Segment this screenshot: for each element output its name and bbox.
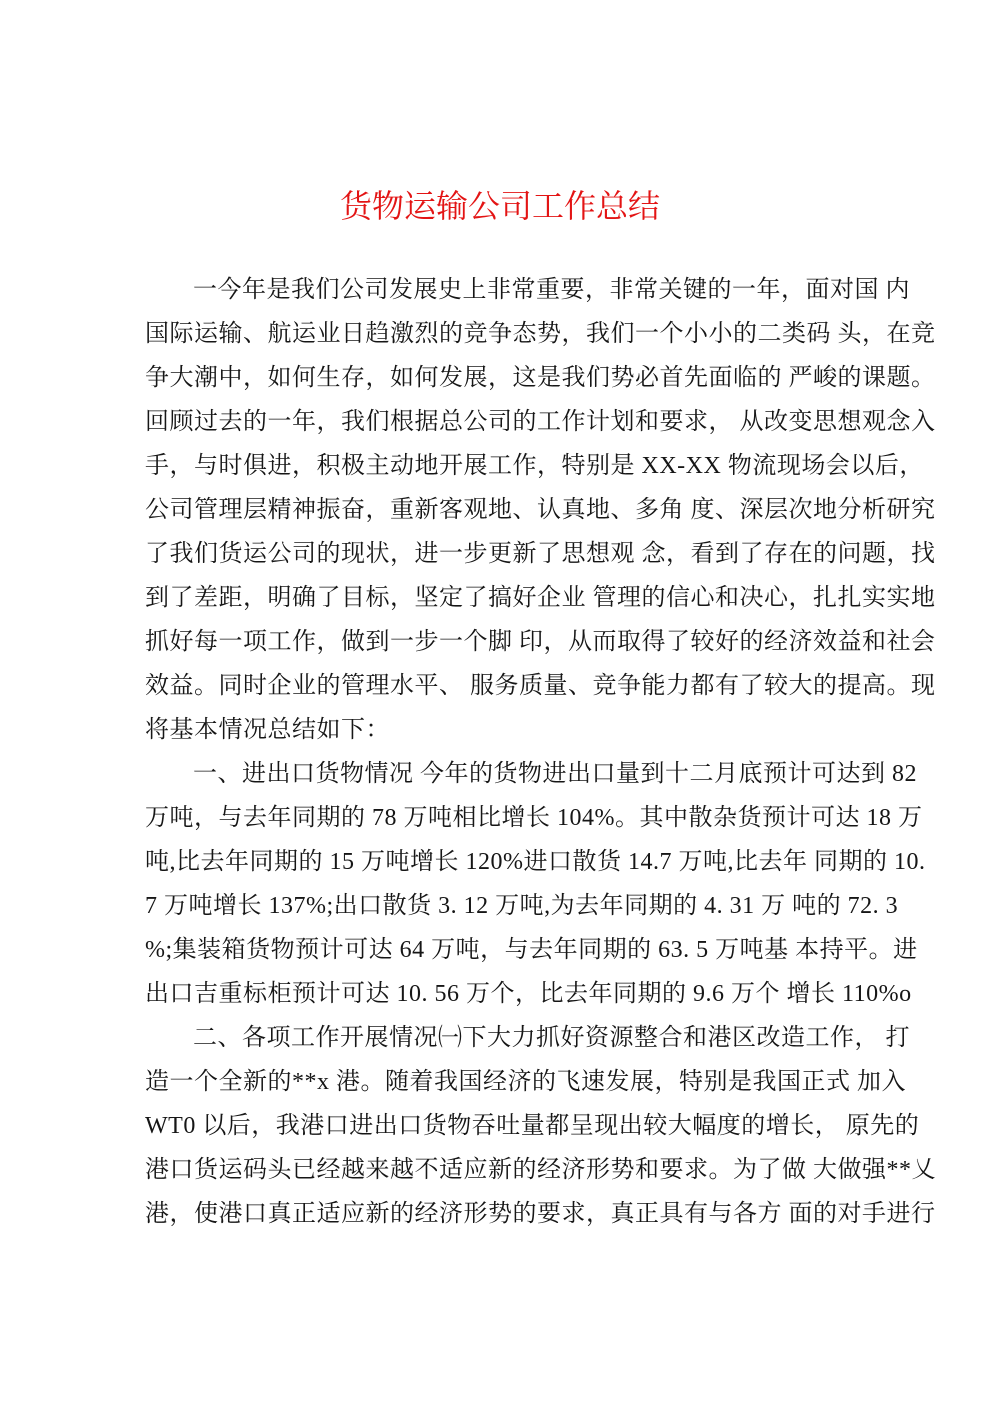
text-line: 国际运输、航运业日趋激烈的竞争态势，我们一个小小的二类码 头，在竞	[145, 312, 910, 356]
text-line: 出口吉重标柜预计可达 10. 56 万个，比去年同期的 9.6 万个 增长 11…	[145, 972, 910, 1016]
text-line: 万吨，与去年同期的 78 万吨相比增长 104%。其中散杂货预计可达 18 万	[145, 796, 910, 840]
document-page: 货物运输公司工作总结 一今年是我们公司发展史上非常重要，非常关键的一年，面对国 …	[0, 0, 1000, 1415]
text-line: 手，与时俱进，积极主动地开展工作，特别是 XX-XX 物流现场会以后，	[145, 444, 910, 488]
text-line: WT0 以后，我港口进出口货物吞吐量都呈现出较大幅度的增长， 原先的	[145, 1104, 910, 1148]
text-line: 抓好每一项工作，做到一步一个脚 印，从而取得了较好的经济效益和社会	[145, 620, 910, 664]
paragraph: 二、各项工作开展情况㈠下大力抓好资源整合和港区改造工作， 打造一个全新的**x …	[145, 1016, 910, 1236]
paragraph: 一今年是我们公司发展史上非常重要，非常关键的一年，面对国 内国际运输、航运业日趋…	[145, 268, 910, 752]
paragraph: 一、进出口货物情况 今年的货物进出口量到十二月底预计可达到 82万吨，与去年同期…	[145, 752, 910, 1016]
text-line: 公司管理层精神振奋，重新客观地、认真地、多角 度、深层次地分析研究	[145, 488, 910, 532]
document-body: 一今年是我们公司发展史上非常重要，非常关键的一年，面对国 内国际运输、航运业日趋…	[145, 268, 910, 1236]
text-line: 造一个全新的**x 港。随着我国经济的飞速发展，特别是我国正式 加入	[145, 1060, 910, 1104]
text-line: 吨,比去年同期的 15 万吨增长 120%进口散货 14.7 万吨,比去年 同期…	[145, 840, 910, 884]
text-line: 回顾过去的一年，我们根据总公司的工作计划和要求， 从改变思想观念入	[145, 400, 910, 444]
text-line: 二、各项工作开展情况㈠下大力抓好资源整合和港区改造工作， 打	[145, 1016, 910, 1060]
text-line: 了我们货运公司的现状，进一步更新了思想观 念，看到了存在的问题，找	[145, 532, 910, 576]
text-line: 效益。同时企业的管理水平、 服务质量、竞争能力都有了较大的提高。现	[145, 664, 910, 708]
text-line: 一今年是我们公司发展史上非常重要，非常关键的一年，面对国 内	[145, 268, 910, 312]
document-title: 货物运输公司工作总结	[90, 184, 910, 228]
document-content: 货物运输公司工作总结 一今年是我们公司发展史上非常重要，非常关键的一年，面对国 …	[0, 0, 1000, 1236]
text-line: 7 万吨增长 137%;出口散货 3. 12 万吨,为去年同期的 4. 31 万…	[145, 884, 910, 928]
text-line: 一、进出口货物情况 今年的货物进出口量到十二月底预计可达到 82	[145, 752, 910, 796]
text-line: 港，使港口真正适应新的经济形势的要求，真正具有与各方 面的对手进行	[145, 1192, 910, 1236]
text-line: 将基本情况总结如下：	[145, 708, 910, 752]
text-line: 港口货运码头已经越来越不适应新的经济形势和要求。为了做 大做强**乂	[145, 1148, 910, 1192]
text-line: 到了差距，明确了目标，坚定了搞好企业 管理的信心和决心，扎扎实实地	[145, 576, 910, 620]
text-line: 争大潮中，如何生存，如何发展，这是我们势必首先面临的 严峻的课题。	[145, 356, 910, 400]
text-line: %;集装箱货物预计可达 64 万吨，与去年同期的 63. 5 万吨基 本持平。进	[145, 928, 910, 972]
